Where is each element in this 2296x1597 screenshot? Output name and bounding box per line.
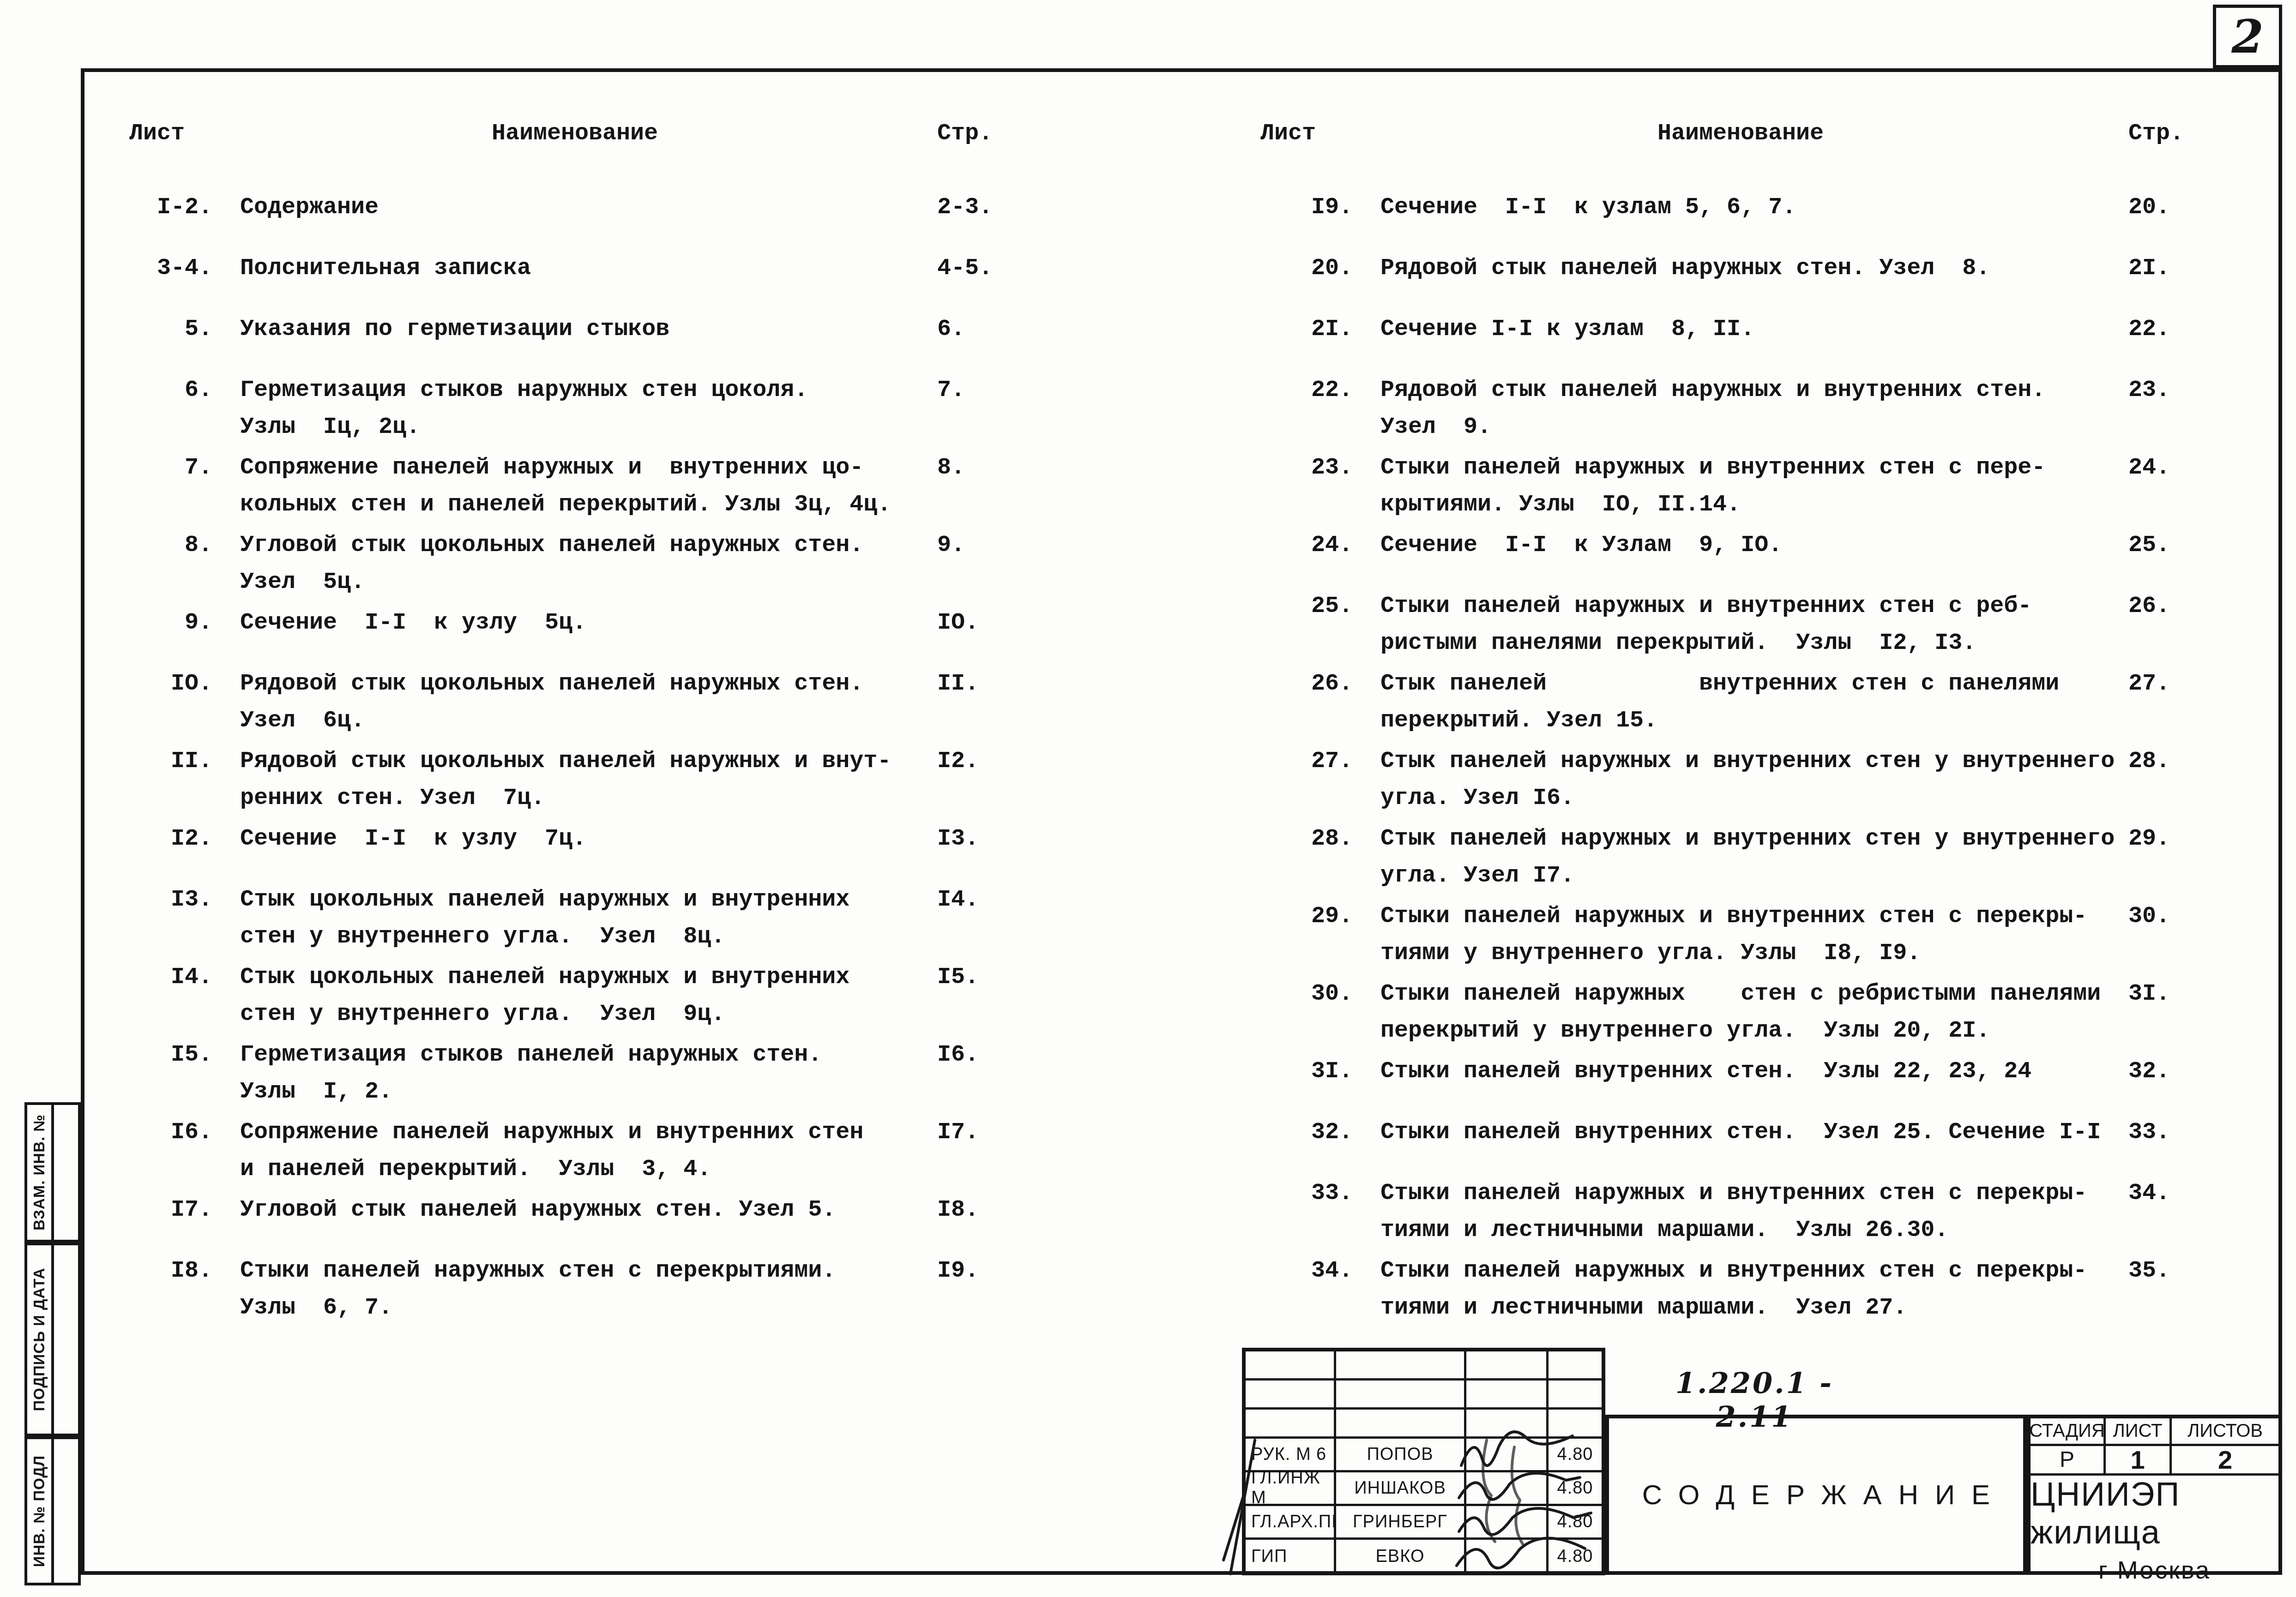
toc-row-sheet: 22. [1247,372,1353,446]
toc-row-page: 28. [2128,743,2295,817]
toc-row-page: 4-5. [937,250,1150,287]
toc-row-name: Сечение I-I к узлу 5ц. [212,605,937,642]
toc-row-sheet: 7. [115,450,212,523]
signature-row: ГИП ЕВКО 4.80 [1246,1540,1602,1573]
toc-row-sheet: I8. [115,1253,212,1327]
toc-row: I6. Сопряжение панелей наружных и внутре… [115,1114,1150,1188]
toc-row-sheet: II. [115,743,212,817]
toc-row-name: Рядовой стык цокольных панелей наружных … [212,743,937,817]
toc-row-page: 32. [2128,1053,2295,1090]
toc-row-page: I4. [937,882,1150,955]
signature-name: ГРИНБЕРГ [1336,1506,1466,1537]
toc-column-right: Лист Наименование Стр. I9. Сечение I-I к… [1247,115,2295,1330]
toc-row: 3-4. Полснительная записка 4-5. [115,250,1150,287]
stamp-box-vzam-inv: ВЗАМ. ИНВ. № [24,1102,54,1243]
toc-row-page: 25. [2128,527,2295,564]
toc-row-page: 3I. [2128,976,2295,1050]
toc-row: 24. Сечение I-I к Узлам 9, IO. 25. [1247,527,2295,564]
toc-row-sheet: 5. [115,311,212,348]
header-page: Стр. [937,115,1150,152]
toc-row: 5. Указания по герметизации стыков 6. [115,311,1150,348]
signature-cell [1466,1472,1549,1504]
stamp-box-blank [51,1102,81,1243]
toc-row-page: 22. [2128,311,2295,348]
toc-row-name: Стыки панелей наружных и внутренних стен… [1353,588,2128,662]
toc-row-page: 24. [2128,450,2295,523]
signature-row: ГЛ.ИНЖ М ИНШАКОВ 4.80 [1246,1472,1602,1506]
sheets-label: ЛИСТОВ [2172,1418,2278,1446]
signature-row-empty [1246,1381,1602,1410]
toc-row-name: Сечение I-I к узлам 8, II. [1353,311,2128,348]
toc-row: 9. Сечение I-I к узлу 5ц. IO. [115,605,1150,642]
signature-cell [1466,1506,1549,1537]
toc-row-page: 35. [2128,1253,2295,1327]
toc-row-name: Стыки панелей наружных и внутренних стен… [1353,1175,2128,1249]
toc-row-page: I6. [937,1037,1150,1111]
toc-header-right: Лист Наименование Стр. [1247,115,2295,152]
toc-row-page: 2-3. [937,189,1150,226]
toc-row: 3I. Стыки панелей внутренних стен. Узлы … [1247,1053,2295,1090]
toc-row-name: Рядовой стык панелей наружных и внутренн… [1353,372,2128,446]
stamp-label: ПОДПИСЬ И ДАТА [30,1267,48,1411]
organization-name: ЦНИИЭП жилища [2031,1476,2278,1551]
toc-row-page: 6. [937,311,1150,348]
toc-row-name: Содержание [212,189,937,226]
signature-role: ГИП [1246,1540,1336,1573]
toc-row: 32. Стыки панелей внутренних стен. Узел … [1247,1114,2295,1151]
toc-row-name: Сопряжение панелей наружных и внутренних… [212,450,937,523]
toc-row-sheet: 34. [1247,1253,1353,1327]
toc-row-sheet: 32. [1247,1114,1353,1151]
toc-row-sheet: I-2. [115,189,212,226]
toc-row-page: I5. [937,959,1150,1033]
title-block-right: СТАДИЯ ЛИСТ ЛИСТОВ Р 1 2 ЦНИИЭП жилища г… [2027,1415,2282,1575]
toc-row: 25. Стыки панелей наружных и внутренних … [1247,588,2295,662]
toc-row-name: Стыки панелей наружных и внутренних стен… [1353,898,2128,972]
toc-row: 29. Стыки панелей наружных и внутренних … [1247,898,2295,972]
toc-rows-right: I9. Сечение I-I к узлам 5, 6, 7. 20. 20.… [1247,189,2295,1327]
toc-row-name: Стыки панелей наружных стен с перекрытия… [212,1253,937,1327]
header-name: Наименование [1353,115,2128,152]
toc-row: 8. Угловой стык цокольных панелей наружн… [115,527,1150,601]
stamp-box-blank [51,1243,81,1436]
toc-row: 6. Герметизация стыков наружных стен цок… [115,372,1150,446]
toc-row-sheet: I7. [115,1192,212,1229]
toc-row-page: IO. [937,605,1150,642]
signature-row: РУК. М 6 ПОПОВ 4.80 [1246,1439,1602,1472]
toc-row-name: Стык цокольных панелей наружных и внутре… [212,959,937,1033]
toc-row: 34. Стыки панелей наружных и внутренних … [1247,1253,2295,1327]
toc-row-page: 27. [2128,666,2295,739]
toc-row-page: I3. [937,821,1150,858]
toc-row-name: Угловой стык цокольных панелей наружных … [212,527,937,601]
header-name: Наименование [212,115,937,152]
toc-row-name: Герметизация стыков наружных стен цоколя… [212,372,937,446]
stamp-label: ИНВ. № ПОДЛ [30,1455,48,1567]
toc-row: I2. Сечение I-I к узлу 7ц. I3. [115,821,1150,858]
stage-label: СТАДИЯ [2031,1418,2106,1446]
toc-row-sheet: 20. [1247,250,1353,287]
toc-row-page: I8. [937,1192,1150,1229]
toc-row: I3. Стык цокольных панелей наружных и вн… [115,882,1150,955]
signature-date: 4.80 [1549,1472,1602,1504]
toc-row: 26. Стык панелей внутренних стен с панел… [1247,666,2295,739]
sheets-value: 2 [2172,1446,2278,1476]
signature-role: ГЛ.АРХ.ПР [1246,1506,1336,1537]
toc-row: 2I. Сечение I-I к узлам 8, II. 22. [1247,311,2295,348]
title-block-name-box: СОДЕРЖАНИЕ [1605,1415,2027,1575]
organization-box: ЦНИИЭП жилища г Москва [2031,1476,2278,1585]
toc-row-name: Стыки панелей внутренних стен. Узел 25. … [1353,1114,2128,1151]
toc-row: II. Рядовой стык цокольных панелей наруж… [115,743,1150,817]
toc-row-name: Стыки панелей наружных и внутренних стен… [1353,1253,2128,1327]
toc-row-name: Стык панелей внутренних стен с панелями … [1353,666,2128,739]
toc-row-page: 20. [2128,189,2295,226]
signature-role: РУК. М 6 [1246,1439,1336,1470]
page-number: 2 [2231,9,2264,64]
signature-row: ГЛ.АРХ.ПР ГРИНБЕРГ 4.80 [1246,1506,1602,1540]
signature-name: ПОПОВ [1336,1439,1466,1470]
toc-row-name: Стык цокольных панелей наружных и внутре… [212,882,937,955]
signature-date: 4.80 [1549,1540,1602,1573]
toc-row-page: 7. [937,372,1150,446]
organization-city: г Москва [2098,1556,2211,1585]
toc-row: 23. Стыки панелей наружных и внутренних … [1247,450,2295,523]
toc-row-sheet: 29. [1247,898,1353,972]
toc-row-page: 34. [2128,1175,2295,1249]
toc-row-sheet: 23. [1247,450,1353,523]
toc-row-name: Полснительная записка [212,250,937,287]
title-block-signature-table: РУК. М 6 ПОПОВ 4.80 ГЛ.ИНЖ М ИНШАКОВ 4.8… [1242,1348,1605,1575]
header-sheet: Лист [1247,115,1353,152]
toc-row-sheet: I6. [115,1114,212,1188]
stamp-label: ВЗАМ. ИНВ. № [30,1114,48,1231]
scanned-drawing-sheet: 2 ВЗАМ. ИНВ. № ПОДПИСЬ И ДАТА ИНВ. № ПОД… [0,0,2296,1597]
signature-date: 4.80 [1549,1506,1602,1537]
toc-row-sheet: 30. [1247,976,1353,1050]
signature-rows: РУК. М 6 ПОПОВ 4.80 ГЛ.ИНЖ М ИНШАКОВ 4.8… [1246,1439,1602,1573]
toc-row-sheet: 24. [1247,527,1353,564]
toc-row-sheet: I9. [1247,189,1353,226]
toc-row: I7. Угловой стык панелей наружных стен. … [115,1192,1150,1229]
toc-row-page: 26. [2128,588,2295,662]
toc-row: I4. Стык цокольных панелей наружных и вн… [115,959,1150,1033]
toc-row-page: I9. [937,1253,1150,1327]
toc-row-sheet: 6. [115,372,212,446]
toc-row-name: Указания по герметизации стыков [212,311,937,348]
stage-value: Р [2031,1446,2106,1476]
signature-row-empty [1246,1351,1602,1381]
sheet-value: 1 [2106,1446,2172,1476]
toc-row-sheet: I2. [115,821,212,858]
toc-row-page: 30. [2128,898,2295,972]
stamp-box-inv-podl: ИНВ. № ПОДЛ [24,1436,54,1585]
toc-row-page: I2. [937,743,1150,817]
toc-row-name: Сечение I-I к Узлам 9, IO. [1353,527,2128,564]
toc-row: 33. Стыки панелей наружных и внутренних … [1247,1175,2295,1249]
toc-row-sheet: I4. [115,959,212,1033]
toc-row-name: Стыки панелей внутренних стен. Узлы 22, … [1353,1053,2128,1090]
toc-row: 28. Стык панелей наружных и внутренних с… [1247,821,2295,895]
sheet-label: ЛИСТ [2106,1418,2172,1446]
toc-row: I8. Стыки панелей наружных стен с перекр… [115,1253,1150,1327]
document-title: СОДЕРЖАНИЕ [1626,1479,2007,1511]
toc-row-name: Угловой стык панелей наружных стен. Узел… [212,1192,937,1229]
toc-column-left: Лист Наименование Стр. I-2. Содержание 2… [115,115,1150,1330]
toc-row: IO. Рядовой стык цокольных панелей наруж… [115,666,1150,739]
toc-row-page: 23. [2128,372,2295,446]
toc-row-name: Стыки панелей наружных и внутренних стен… [1353,450,2128,523]
toc-row-page: I7. [937,1114,1150,1188]
toc-row-sheet: 9. [115,605,212,642]
toc-header-left: Лист Наименование Стр. [115,115,1150,152]
toc-row-name: Рядовой стык панелей наружных стен. Узел… [1353,250,2128,287]
toc-row-page: 8. [937,450,1150,523]
toc-row-sheet: 3-4. [115,250,212,287]
toc-row: 30. Стыки панелей наружных стен с ребрис… [1247,976,2295,1050]
toc-row-sheet: I3. [115,882,212,955]
toc-row-sheet: 33. [1247,1175,1353,1249]
toc-row-sheet: 28. [1247,821,1353,895]
signature-role: ГЛ.ИНЖ М [1246,1472,1336,1504]
header-sheet: Лист [115,115,212,152]
toc-row: 7. Сопряжение панелей наружных и внутрен… [115,450,1150,523]
toc-row-sheet: I5. [115,1037,212,1111]
toc-row-sheet: 27. [1247,743,1353,817]
toc-row-sheet: 26. [1247,666,1353,739]
toc-row: I5. Герметизация стыков панелей наружных… [115,1037,1150,1111]
signature-cell [1466,1540,1549,1573]
toc-row-sheet: 25. [1247,588,1353,662]
header-page: Стр. [2128,115,2295,152]
toc-row: 22. Рядовой стык панелей наружных и внут… [1247,372,2295,446]
toc-row-sheet: 3I. [1247,1053,1353,1090]
toc-row-name: Стыки панелей наружных стен с ребристыми… [1353,976,2128,1050]
toc-rows-left: I-2. Содержание 2-3. 3-4. Полснительная … [115,189,1150,1327]
toc-row-name: Рядовой стык цокольных панелей наружных … [212,666,937,739]
signature-cell [1466,1439,1549,1470]
page-number-box: 2 [2213,5,2282,68]
stamp-box-blank [51,1436,81,1585]
toc-row: 27. Стык панелей наружных и внутренних с… [1247,743,2295,817]
toc-row-sheet: 8. [115,527,212,601]
toc-row-name: Сечение I-I к узлам 5, 6, 7. [1353,189,2128,226]
stamp-box-podpis-data: ПОДПИСЬ И ДАТА [24,1243,54,1436]
toc-row: I9. Сечение I-I к узлам 5, 6, 7. 20. [1247,189,2295,226]
signature-name: ЕВКО [1336,1540,1466,1573]
toc-row-name: Стык панелей наружных и внутренних стен … [1353,743,2128,817]
toc-row-page: 29. [2128,821,2295,895]
toc-row-name: Герметизация стыков панелей наружных сте… [212,1037,937,1111]
toc-row-sheet: 2I. [1247,311,1353,348]
toc-row-page: 2I. [2128,250,2295,287]
toc-row-page: 9. [937,527,1150,601]
toc-row-sheet: IO. [115,666,212,739]
toc-row-name: Сопряжение панелей наружных и внутренних… [212,1114,937,1188]
toc-row: I-2. Содержание 2-3. [115,189,1150,226]
toc-row: 20. Рядовой стык панелей наружных стен. … [1247,250,2295,287]
toc-row-name: Сечение I-I к узлу 7ц. [212,821,937,858]
toc-row-page: II. [937,666,1150,739]
toc-row-page: 33. [2128,1114,2295,1151]
toc-row-name: Стык панелей наружных и внутренних стен … [1353,821,2128,895]
signature-date: 4.80 [1549,1439,1602,1470]
signature-row-empty [1246,1410,1602,1439]
stage-grid: СТАДИЯ ЛИСТ ЛИСТОВ Р 1 2 [2031,1418,2278,1476]
signature-name: ИНШАКОВ [1336,1472,1466,1504]
